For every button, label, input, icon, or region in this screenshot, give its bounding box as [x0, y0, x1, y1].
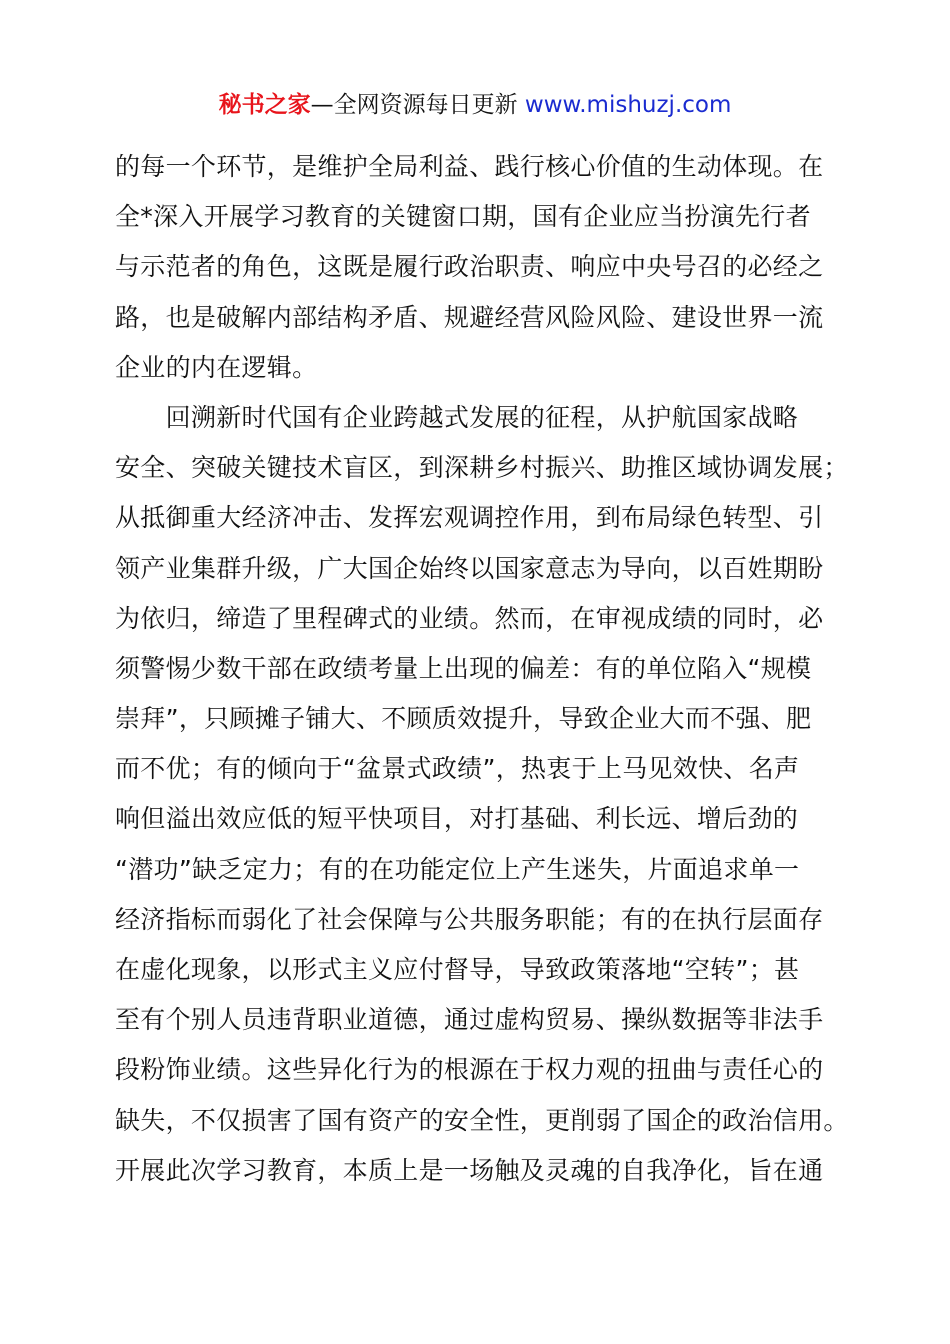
text-line: 而不优；有的倾向于“盆景式政绩”，热衷于上马见效快、名声	[115, 744, 875, 794]
text-line: 回溯新时代国有企业跨越式发展的征程，从护航国家战略	[115, 393, 875, 443]
text-line: 段粉饰业绩。这些异化行为的根源在于权力观的扭曲与责任心的	[115, 1045, 875, 1095]
text-line: 领产业集群升级，广大国企始终以国家意志为导向，以百姓期盼	[115, 544, 875, 594]
text-line: 与示范者的角色，这既是履行政治职责、响应中央号召的必经之	[115, 242, 875, 292]
text-line: “潜功”缺乏定力；有的在功能定位上产生迷失，片面追求单一	[115, 845, 875, 895]
text-line: 在虚化现象，以形式主义应付督导，导致政策落地“空转”；甚	[115, 945, 875, 995]
brand-name: 秘书之家	[219, 92, 311, 118]
text-line: 全*深入开展学习教育的关键窗口期，国有企业应当扮演先行者	[115, 192, 875, 242]
text-line: 经济指标而弱化了社会保障与公共服务职能；有的在执行层面存	[115, 895, 875, 945]
text-line: 至有个别人员违背职业道德，通过虚构贸易、操纵数据等非法手	[115, 995, 875, 1045]
text-line: 须警惕少数干部在政绩考量上出现的偏差：有的单位陷入“规模	[115, 644, 875, 694]
header-tagline: —全网资源每日更新	[311, 92, 525, 118]
text-line: 缺失，不仅损害了国有资产的安全性，更削弱了国企的政治信用。	[115, 1096, 875, 1146]
text-line: 路，也是破解内部结构矛盾、规避经营风险风险、建设世界一流	[115, 293, 875, 343]
site-url-link[interactable]: www.mishuzj.com	[525, 92, 731, 118]
text-line: 企业的内在逻辑。	[115, 343, 875, 393]
site-header: 秘书之家—全网资源每日更新 www.mishuzj.com	[0, 88, 950, 122]
text-line: 安全、突破关键技术盲区，到深耕乡村振兴、助推区域协调发展；	[115, 443, 875, 493]
text-line: 从抵御重大经济冲击、发挥宏观调控作用，到布局绿色转型、引	[115, 493, 875, 543]
text-line: 崇拜”，只顾摊子铺大、不顾质效提升，导致企业大而不强、肥	[115, 694, 875, 744]
text-line: 开展此次学习教育，本质上是一场触及灵魂的自我净化，旨在通	[115, 1146, 875, 1196]
text-line: 的每一个环节，是维护全局利益、践行核心价值的生动体现。在	[115, 142, 875, 192]
text-line: 为依归，缔造了里程碑式的业绩。然而，在审视成绩的同时，必	[115, 594, 875, 644]
document-body: 的每一个环节，是维护全局利益、践行核心价值的生动体现。在 全*深入开展学习教育的…	[115, 142, 875, 1196]
text-line: 响但溢出效应低的短平快项目，对打基础、利长远、增后劲的	[115, 794, 875, 844]
